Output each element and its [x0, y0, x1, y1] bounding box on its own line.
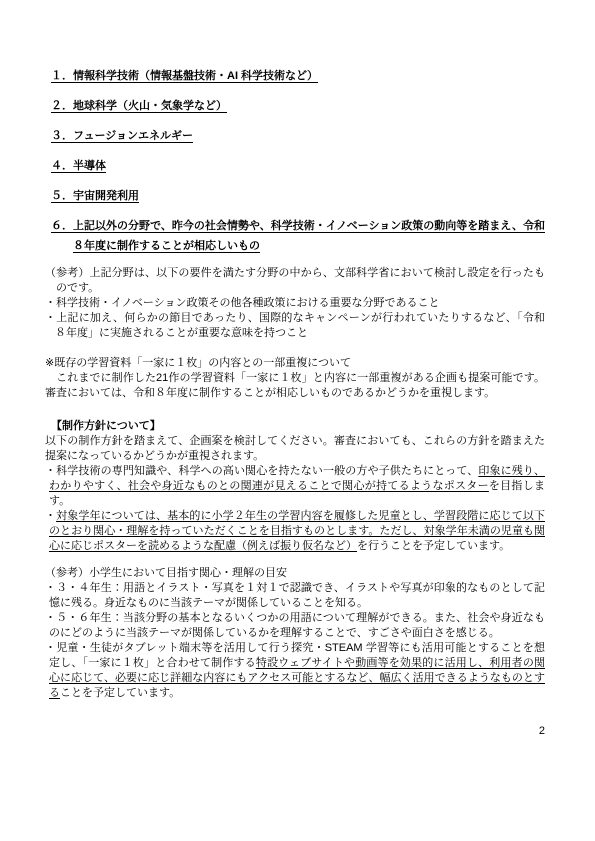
page-number: 2: [45, 724, 545, 739]
policy-bullet-poster: ・科学技術の専門知識や、科学への高い関心を持たない一般の方や子供たちにとって、印…: [45, 464, 545, 509]
overlap-note-title: ※既存の学習資料「一家に１枚」の内容との一部重複について: [45, 356, 545, 371]
grade-reference: （参考）小学生において目指す関心・理解の目安 ・３・４年生：用語とイラスト・写真…: [45, 566, 545, 641]
field-item-3-label: ３．フュージョンエネルギー: [51, 130, 193, 142]
overlap-note: ※既存の学習資料「一家に１枚」の内容との一部重複について これまでに制作した21…: [45, 356, 545, 401]
document-page: １．情報科学技術（情報基盤技術・AI 科学技術など） ２．地球科学（火山・気象学…: [0, 0, 595, 841]
field-item-2-label: ２．地球科学（火山・気象学など）: [51, 100, 227, 112]
field-item-3: ３．フュージョンエネルギー: [51, 126, 545, 146]
policy-bullet-grade: ・対象学年については、基本的に小学２年生の学習内容を履修した児童とし、学習段階に…: [45, 509, 545, 554]
field-item-1-label: １．情報科学技術（情報基盤技術・AI 科学技術など）: [51, 70, 318, 82]
grade-reference-item-56: ・５・６年生：当該分野の基本となるいくつかの用語について理解ができる。また、社会…: [45, 611, 545, 641]
field-item-5: ５．宇宙開発利用: [51, 186, 545, 206]
field-item-5-label: ５．宇宙開発利用: [51, 190, 139, 202]
field-item-4-label: ４．半導体: [51, 160, 106, 172]
field-reference-bullet-timing: ・上記に加え、何らかの節目であったり、国際的なキャンペーンが行われていたりするな…: [45, 311, 545, 341]
field-reference-intro: （参考）上記分野は、以下の要件を満たす分野の中から、文部科学省において検討し設定…: [45, 266, 545, 296]
field-item-6-label: ６．上記以外の分野で、昨今の社会情勢や、科学技術・イノベーション政策の動向等を踏…: [51, 220, 545, 252]
policy-bullet-digital: ・児童・生徒がタブレット端末等を活用して行う探究・STEAM 学習等にも活用可能…: [45, 641, 545, 701]
grade-reference-item-34: ・３・４年生：用語とイラスト・写真を１対１で認識でき、イラストや写真が印象的なも…: [45, 581, 545, 611]
grade-reference-title: （参考）小学生において目指す関心・理解の目安: [45, 566, 545, 581]
field-reference-note: （参考）上記分野は、以下の要件を満たす分野の中から、文部科学省において検討し設定…: [45, 266, 545, 341]
field-item-1: １．情報科学技術（情報基盤技術・AI 科学技術など）: [51, 66, 545, 86]
overlap-note-body: これまでに制作した21作の学習資料「一家に１枚」と内容に一部重複がある企画も提案…: [45, 371, 545, 401]
field-list: １．情報科学技術（情報基盤技術・AI 科学技術など） ２．地球科学（火山・気象学…: [45, 66, 545, 256]
page-content: １．情報科学技術（情報基盤技術・AI 科学技術など） ２．地球科学（火山・気象学…: [0, 0, 595, 739]
field-reference-bullet-policy: ・科学技術・イノベーション政策その他各種政策における重要な分野であること: [45, 296, 545, 311]
production-policy-heading: 【制作方針について】: [51, 419, 545, 434]
field-item-6: ６．上記以外の分野で、昨今の社会情勢や、科学技術・イノベーション政策の動向等を踏…: [51, 216, 545, 256]
field-item-4: ４．半導体: [51, 156, 545, 176]
field-item-2: ２．地球科学（火山・気象学など）: [51, 96, 545, 116]
production-policy-intro: 以下の制作方針を踏まえて、企画案を検討してください。審査においても、これらの方針…: [45, 434, 545, 464]
